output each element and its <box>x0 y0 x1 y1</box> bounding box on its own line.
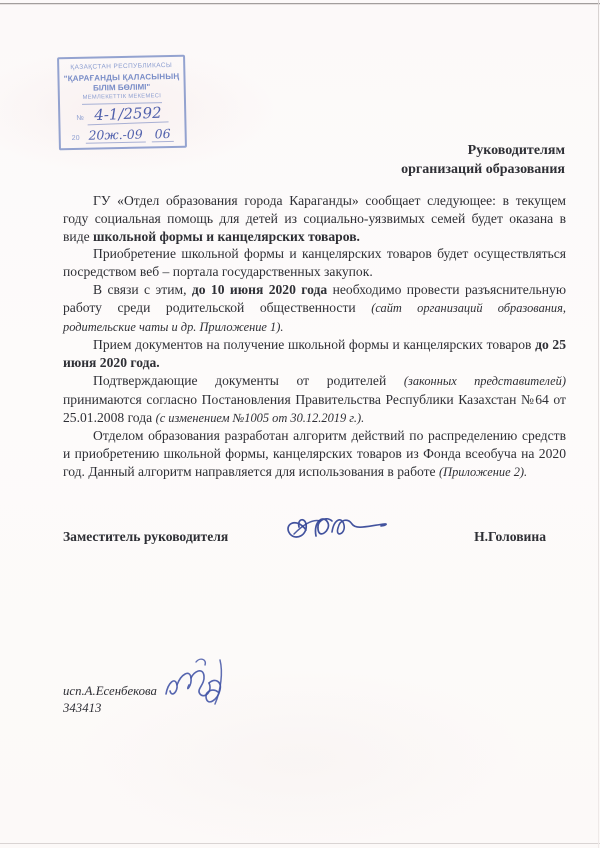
letter-body: ГУ «Отдел образования города Караганды» … <box>63 192 566 482</box>
text-run: школьной формы и канцелярских товаров. <box>93 229 360 244</box>
paragraph-5: Подтверждающие документы от родителей (з… <box>63 372 566 427</box>
scan-edge-top-shadow <box>0 4 600 5</box>
stamp-date-handwritten: 20ж.-09 <box>85 127 146 144</box>
text-run: (законных представителей) <box>404 374 566 388</box>
stamp-org-type-line: МЕМЛЕКЕТТІК МЕКЕМЕСІ <box>60 93 184 102</box>
executor-block: исп.А.Есенбекова 343413 <box>63 683 157 716</box>
stamp-day-handwritten: 06 <box>152 126 174 142</box>
stamp-org-line-2: БІЛІМ БӨЛІМІ" <box>60 82 184 94</box>
stamp-country-line: ҚАЗАҚСТАН РЕСПУБЛИКАСЫ <box>59 62 183 72</box>
text-run: (Приложение 2). <box>439 465 527 479</box>
paragraph-3: В связи с этим, до 10 июня 2020 года нео… <box>63 281 566 336</box>
recipient-line-2: организаций образования <box>401 161 565 180</box>
stamp-date-row: 20 20ж.-09 06 <box>61 126 185 145</box>
paragraph-2: Приобретение школьной формы и канцелярск… <box>63 245 566 281</box>
scan-edge-bottom <box>0 843 600 844</box>
paragraph-4: Прием документов на получение школьной ф… <box>63 336 566 372</box>
text-run: Приобретение школьной формы и канцелярск… <box>63 246 566 279</box>
signatory-name: Н.Головина <box>474 529 546 545</box>
paragraph-6: Отделом образования разработан алгоритм … <box>63 427 566 481</box>
executor-initials-scribble-icon <box>156 650 242 718</box>
text-run: В связи с этим, <box>93 282 192 297</box>
stamp-number-row: № 4-1/2592 <box>60 104 184 126</box>
handwritten-signature-icon <box>280 508 392 560</box>
scan-edge-right <box>598 0 599 848</box>
text-run: до 10 июня 2020 года <box>192 282 327 297</box>
executor-name: исп.А.Есенбекова <box>63 683 157 700</box>
executor-phone: 343413 <box>63 700 157 717</box>
recipient-block: Руководителям организаций образования <box>401 142 565 179</box>
recipient-line-1: Руководителям <box>401 142 565 161</box>
text-run: (с изменением №1005 от 30.12.2019 г.). <box>156 411 365 425</box>
text-run: Подтверждающие документы от родителей <box>93 373 404 388</box>
signatory-position: Заместитель руководителя <box>63 529 228 545</box>
text-run: Прием документов на получение школьной ф… <box>93 337 535 352</box>
stamp-year-prefix: 20 <box>72 135 80 142</box>
scanned-letter: ҚАЗАҚСТАН РЕСПУБЛИКАСЫ "ҚАРАҒАНДЫ ҚАЛАСЫ… <box>0 0 600 848</box>
registration-stamp: ҚАЗАҚСТАН РЕСПУБЛИКАСЫ "ҚАРАҒАНДЫ ҚАЛАСЫ… <box>57 55 187 151</box>
paragraph-1: ГУ «Отдел образования города Караганды» … <box>63 192 566 245</box>
stamp-number-sign: № <box>76 115 84 122</box>
stamp-registration-number-handwritten: 4-1/2592 <box>86 103 168 125</box>
